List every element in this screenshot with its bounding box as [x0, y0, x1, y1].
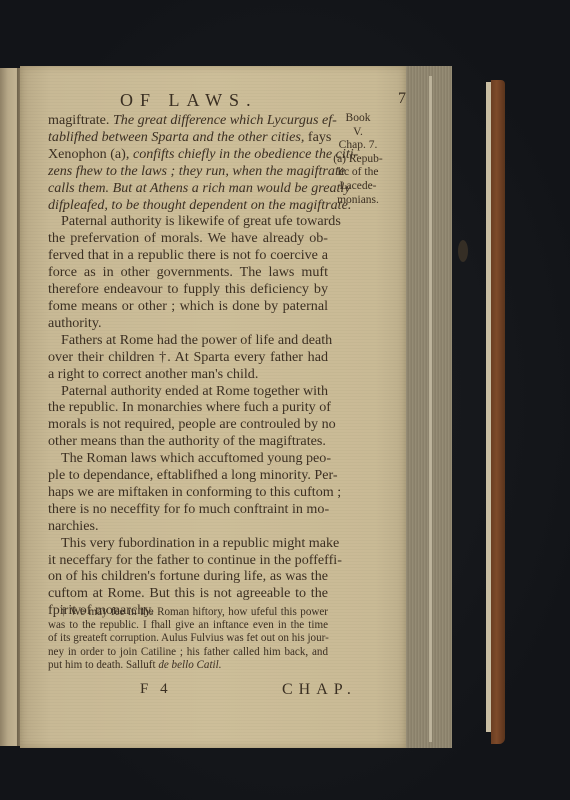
body-text: magiftrate. The great difference which L…: [48, 112, 328, 619]
footnote-line: ney in order to join Catiline ; his fath…: [48, 646, 328, 659]
text-line: force as in other governments. The laws …: [48, 264, 328, 281]
footnote-line: of its greateft corruption. Aulus Fulviu…: [48, 632, 328, 645]
text-line: there is no neceffity for fo much conftr…: [48, 501, 328, 518]
text-line: authority.: [48, 315, 328, 332]
fore-edge-highlight: [429, 76, 432, 742]
margin-footnote: (a) Repub-: [330, 153, 386, 167]
paragraph-start: Paternal authority is likewife of great …: [48, 213, 328, 230]
book-page: OF LAWS. 71 magiftrate. The great differ…: [20, 66, 406, 748]
text-line: difpleafed, to be thought dependent on t…: [48, 197, 328, 214]
text-line: haps we are miftaken in conforming to th…: [48, 484, 328, 501]
text-line: the prefervation of morals. We have alre…: [48, 230, 328, 247]
text-line: zens fhew to the laws ; they run, when t…: [48, 163, 328, 180]
text-line: other means than the authority of the ma…: [48, 433, 328, 450]
footnote-line: was to the republic. I fhall give an inf…: [48, 619, 328, 632]
text-line: morals is not required, people are contr…: [48, 416, 328, 433]
open-book: OF LAWS. 71 magiftrate. The great differ…: [0, 62, 466, 752]
margin-footnote: monians.: [330, 194, 386, 208]
margin-footnote: lic of the: [330, 166, 386, 180]
footnote-line: put him to death. Salluft de bello Catil…: [48, 659, 328, 672]
running-head: OF LAWS. 71: [94, 90, 414, 110]
leather-cover: [491, 80, 505, 744]
text-line: ple to dependance, eftablifhed a long mi…: [48, 467, 328, 484]
text-line: narchies.: [48, 518, 328, 535]
text-line: cuftom at Rome. But this is not agreeabl…: [48, 585, 328, 602]
text-line: over their children †. At Sparta every f…: [48, 349, 328, 366]
margin-book-number: V.: [330, 126, 386, 140]
margin-footnote: Lacede-: [330, 180, 386, 194]
paragraph-start: The Roman laws which accuftomed young pe…: [48, 450, 328, 467]
margin-chapter: Chap. 7.: [330, 139, 386, 153]
text-line: the republic. In monarchies where fuch a…: [48, 399, 328, 416]
running-title: OF LAWS.: [120, 90, 258, 111]
paragraph-start: Fathers at Rome had the power of life an…: [48, 332, 328, 349]
text-line: fome means or other ; which is done by p…: [48, 298, 328, 315]
text-line: calls them. But at Athens a rich man wou…: [48, 180, 328, 197]
text-line: tablifhed between Sparta and the other c…: [48, 129, 328, 146]
margin-book: Book: [330, 112, 386, 126]
text-line: therefore endeavour to fupply this defic…: [48, 281, 328, 298]
margin-note: Book V. Chap. 7. (a) Repub- lic of the L…: [330, 112, 386, 207]
text-line: magiftrate. The great difference which L…: [48, 112, 328, 129]
ink-blot: [458, 240, 468, 262]
catchword: CHAP.: [282, 681, 357, 699]
signature-mark: F 4: [140, 681, 172, 698]
text-line: on of his children's fortune during life…: [48, 568, 328, 585]
paragraph-start: This very fubordination in a republic mi…: [48, 535, 328, 552]
footnote-line: † We may fee in the Roman hiftory, how u…: [48, 606, 328, 619]
paragraph-start: Paternal authority ended at Rome togethe…: [48, 383, 328, 400]
text-line: a right to correct another man's child.: [48, 366, 328, 383]
text-line: it neceffary for the father to continue …: [48, 552, 328, 569]
footnote: † We may fee in the Roman hiftory, how u…: [48, 606, 328, 672]
text-line: Xenophon (a), confifts chiefly in the ob…: [48, 146, 328, 163]
text-line: ferved that in a republic there is not f…: [48, 247, 328, 264]
